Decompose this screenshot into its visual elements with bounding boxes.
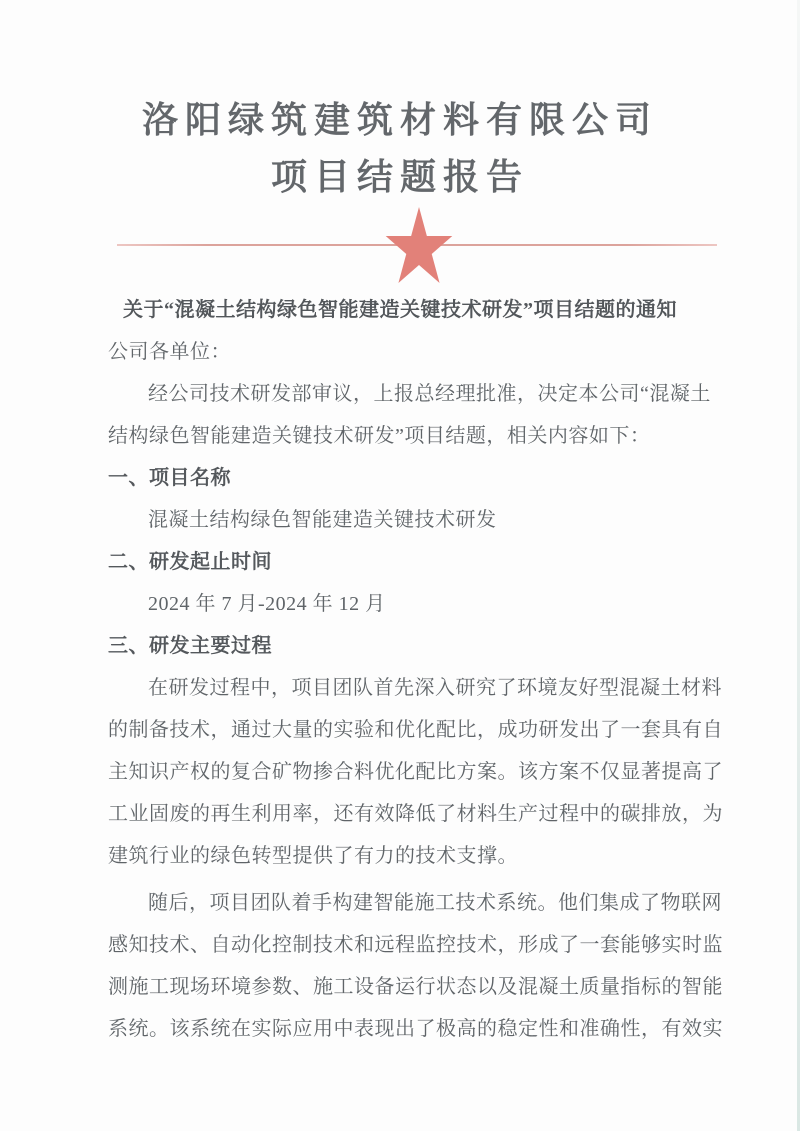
- intro-line: 经公司技术研发部审议，上报总经理批准，决定本公司“混凝土: [108, 373, 692, 415]
- paragraph-line: 建筑行业的绿色转型提供了有力的技术支撑。: [108, 835, 692, 877]
- section1-content: 混凝土结构绿色智能建造关键技术研发: [108, 499, 692, 541]
- red-star-icon: [384, 207, 454, 291]
- paragraph-line: 的制备技术，通过大量的实验和优化配比，成功研发出了一套具有自: [108, 709, 692, 751]
- title-line-report: 项目结题报告: [0, 149, 800, 206]
- section2-heading: 二、研发起止时间: [108, 541, 692, 583]
- star-divider: [0, 206, 800, 289]
- section3-heading: 三、研发主要过程: [108, 625, 692, 667]
- paragraph-line: 感知技术、自动化控制技术和远程监控技术，形成了一套能够实时监: [108, 924, 692, 966]
- title-line-company: 洛阳绿筑建筑材料有限公司: [0, 92, 800, 149]
- section3-paragraph1: 在研发过程中，项目团队首先深入研究了环境友好型混凝土材料 的制备技术，通过大量的…: [108, 667, 692, 877]
- scanned-report-page: 洛阳绿筑建筑材料有限公司 项目结题报告 关于“混凝土结构绿色智能建造关键技术研发…: [0, 0, 800, 1131]
- paragraph-line: 在研发过程中，项目团队首先深入研究了环境友好型混凝土材料: [108, 667, 692, 709]
- notice-title: 关于“混凝土结构绿色智能建造关键技术研发”项目结题的通知: [108, 289, 692, 331]
- document-body: 关于“混凝土结构绿色智能建造关键技术研发”项目结题的通知 公司各单位： 经公司技…: [0, 289, 800, 1050]
- section2-content: 2024 年 7 月-2024 年 12 月: [108, 583, 692, 625]
- red-star-shape: [386, 207, 453, 283]
- intro-line: 结构绿色智能建造关键技术研发”项目结题，相关内容如下：: [108, 415, 692, 457]
- paragraph-line: 主知识产权的复合矿物掺合料优化配比方案。该方案不仅显著提高了: [108, 751, 692, 793]
- paragraph-line: 系统。该系统在实际应用中表现出了极高的稳定性和准确性，有效实: [108, 1008, 692, 1050]
- document-title: 洛阳绿筑建筑材料有限公司 项目结题报告: [0, 92, 800, 206]
- paragraph-line: 随后，项目团队着手构建智能施工技术系统。他们集成了物联网: [108, 882, 692, 924]
- paragraph-line: 测施工现场环境参数、施工设备运行状态以及混凝土质量指标的智能: [108, 966, 692, 1008]
- section1-heading: 一、项目名称: [108, 457, 692, 499]
- section3-paragraph2: 随后，项目团队着手构建智能施工技术系统。他们集成了物联网 感知技术、自动化控制技…: [108, 882, 692, 1050]
- paragraph-line: 工业固废的再生利用率，还有效降低了材料生产过程中的碳排放，为: [108, 793, 692, 835]
- salutation: 公司各单位：: [108, 331, 692, 373]
